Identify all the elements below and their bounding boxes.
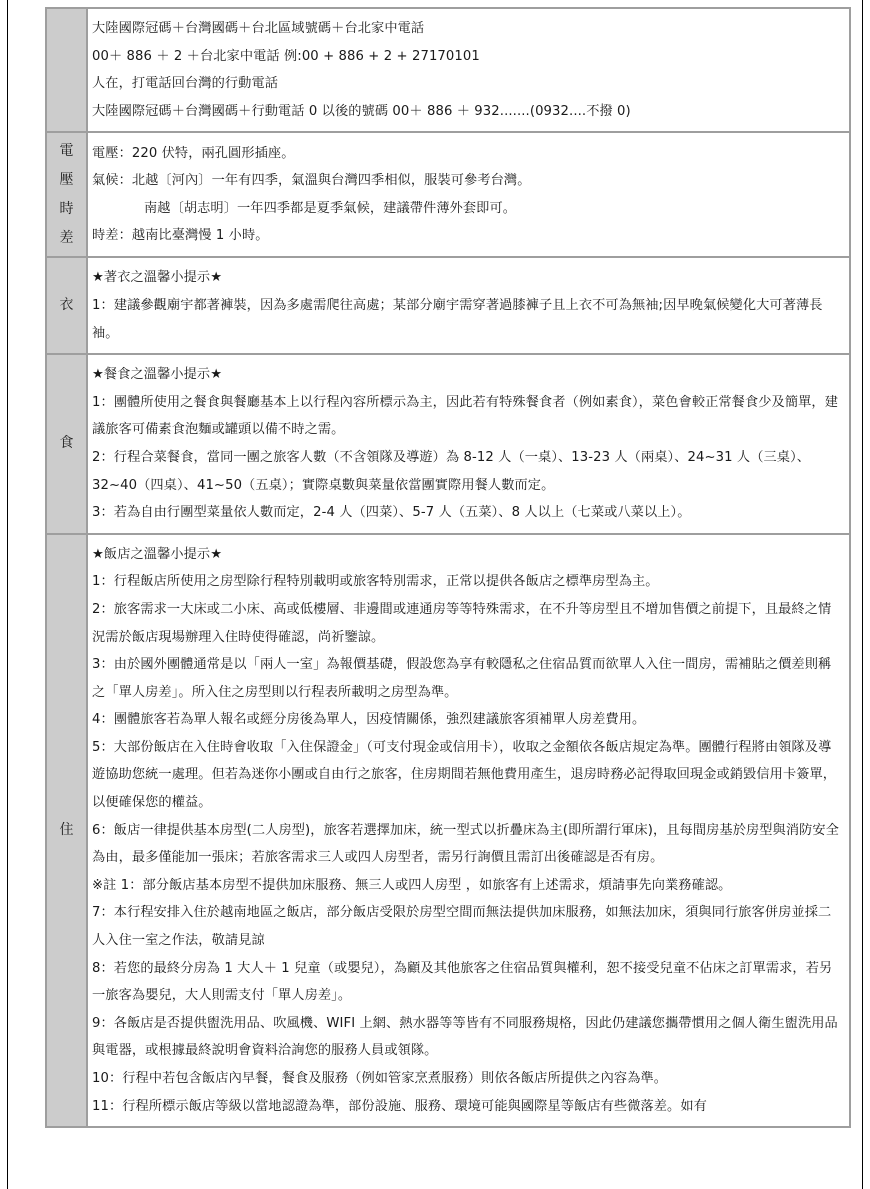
- text-line: 2：旅客需求一大床或二小床、高或低樓層、非邊間或連通房等等特殊需求，在不升等房型…: [92, 596, 843, 651]
- text-line: 大陸國際冠碼＋台灣國碼＋行動電話 0 以後的號碼 00＋ 886 ＋ 932..…: [92, 98, 843, 126]
- text-line: 00＋ 886 ＋ 2 ＋台北家中電話 例:00 + 886 + 2 + 271…: [92, 43, 843, 71]
- text-line: 8：若您的最終分房為 1 大人＋ 1 兒童（或嬰兒），為顧及其他旅客之住宿品質與…: [92, 955, 843, 1010]
- text-line: 1：行程飯店所使用之房型除行程特別載明或旅客特別需求，正常以提供各飯店之標準房型…: [92, 568, 843, 596]
- row-label-food: 食: [46, 354, 87, 534]
- text-line-voltage: 電壓：220 伏特，兩孔圓形插座。: [92, 140, 843, 168]
- row-clothing: 衣 ★著衣之溫馨小提示★ 1：建議參觀廟宇都著褲裝，因為多處需爬往高處；某部分廟…: [46, 257, 850, 354]
- label-char: 電: [47, 137, 86, 166]
- text-line: 11：行程所標示飯店等級以當地認證為準，部份設施、服務、環境可能與國際星等飯店有…: [92, 1093, 843, 1121]
- label-char: 食: [47, 429, 86, 458]
- text-line-time-difference: 時差：越南比臺灣慢 1 小時。: [92, 222, 843, 250]
- row-food: 食 ★餐食之溫馨小提示★ 1：團體所使用之餐食與餐廳基本上以行程內容所標示為主，…: [46, 354, 850, 534]
- text-line: 1：團體所使用之餐食與餐廳基本上以行程內容所標示為主，因此若有特殊餐食者（例如素…: [92, 389, 843, 444]
- row-label-clothing: 衣: [46, 257, 87, 354]
- row-content-clothing: ★著衣之溫馨小提示★ 1：建議參觀廟宇都著褲裝，因為多處需爬往高處；某部分廟宇需…: [87, 257, 850, 354]
- row-content-phone: 大陸國際冠碼＋台灣國碼＋台北區域號碼＋台北家中電話 00＋ 886 ＋ 2 ＋台…: [87, 8, 850, 132]
- label-char: 時: [47, 195, 86, 224]
- text-line: 5：大部份飯店在入住時會收取「入住保證金」（可支付現金或信用卡），收取之金額依各…: [92, 734, 843, 817]
- text-line-climate-south: 南越〔胡志明〕一年四季都是夏季氣候，建議帶件薄外套即可。: [92, 195, 843, 223]
- row-accommodation: 住 ★飯店之溫馨小提示★ 1：行程飯店所使用之房型除行程特別載明或旅客特別需求，…: [46, 534, 850, 1127]
- page-margin-line-left: [7, 0, 8, 1189]
- section-heading: ★飯店之溫馨小提示★: [92, 541, 843, 569]
- row-content-voltage-timezone: 電壓：220 伏特，兩孔圓形插座。 氣候：北越〔河內〕一年有四季，氣溫與台灣四季…: [87, 132, 850, 257]
- label-char: 壓: [47, 166, 86, 195]
- text-line: 3：若為自由行團型菜量依人數而定，2-4 人（四菜）、5-7 人（五菜）、8 人…: [92, 499, 843, 527]
- text-line: 10：行程中若包含飯店內早餐，餐食及服務（例如管家烹煮服務）則依各飯店所提供之內…: [92, 1065, 843, 1093]
- row-voltage-timezone: 電 壓 時 差 電壓：220 伏特，兩孔圓形插座。 氣候：北越〔河內〕一年有四季…: [46, 132, 850, 257]
- text-line: 1：建議參觀廟宇都著褲裝，因為多處需爬往高處；某部分廟宇需穿著過膝褲子且上衣不可…: [92, 292, 843, 347]
- text-line: 4：團體旅客若為單人報名或經分房後為單人，因疫情關係，強烈建議旅客須補單人房差費…: [92, 706, 843, 734]
- text-line: 6：飯店一律提供基本房型(二人房型)，旅客若選擇加床，統一型式以折疊床為主(即所…: [92, 817, 843, 872]
- travel-info-table: 大陸國際冠碼＋台灣國碼＋台北區域號碼＋台北家中電話 00＋ 886 ＋ 2 ＋台…: [45, 7, 851, 1128]
- page-margin-line-right: [862, 0, 863, 1189]
- text-line-climate-north: 氣候：北越〔河內〕一年有四季，氣溫與台灣四季相似，服裝可參考台灣。: [92, 167, 843, 195]
- row-label-voltage-timezone: 電 壓 時 差: [46, 132, 87, 257]
- text-line: 人在，打電話回台灣的行動電話: [92, 70, 843, 98]
- label-char: 差: [47, 224, 86, 253]
- row-label-accommodation: 住: [46, 534, 87, 1127]
- label-char: 衣: [47, 291, 86, 320]
- row-content-accommodation: ★飯店之溫馨小提示★ 1：行程飯店所使用之房型除行程特別載明或旅客特別需求，正常…: [87, 534, 850, 1127]
- text-line: 2：行程合菜餐食，當同一團之旅客人數（不含領隊及導遊）為 8-12 人（一桌）、…: [92, 444, 843, 499]
- text-line-note: ※註 1：部分飯店基本房型不提供加床服務、無三人或四人房型 ，如旅客有上述需求，…: [92, 872, 843, 900]
- row-phone-dialing: 大陸國際冠碼＋台灣國碼＋台北區域號碼＋台北家中電話 00＋ 886 ＋ 2 ＋台…: [46, 8, 850, 132]
- row-content-food: ★餐食之溫馨小提示★ 1：團體所使用之餐食與餐廳基本上以行程內容所標示為主，因此…: [87, 354, 850, 534]
- label-char: 住: [47, 816, 86, 845]
- text-line: 7：本行程安排入住於越南地區之飯店，部分飯店受限於房型空間而無法提供加床服務，如…: [92, 899, 843, 954]
- text-line: 大陸國際冠碼＋台灣國碼＋台北區域號碼＋台北家中電話: [92, 15, 843, 43]
- text-line: 9：各飯店是否提供盥洗用品、吹風機、WIFI 上網、熱水器等等皆有不同服務規格，…: [92, 1010, 843, 1065]
- section-heading: ★著衣之溫馨小提示★: [92, 264, 843, 292]
- section-heading: ★餐食之溫馨小提示★: [92, 361, 843, 389]
- text-line: 3：由於國外團體通常是以「兩人一室」為報價基礎，假設您為享有較隱私之住宿品質而欲…: [92, 651, 843, 706]
- row-label-empty: [46, 8, 87, 132]
